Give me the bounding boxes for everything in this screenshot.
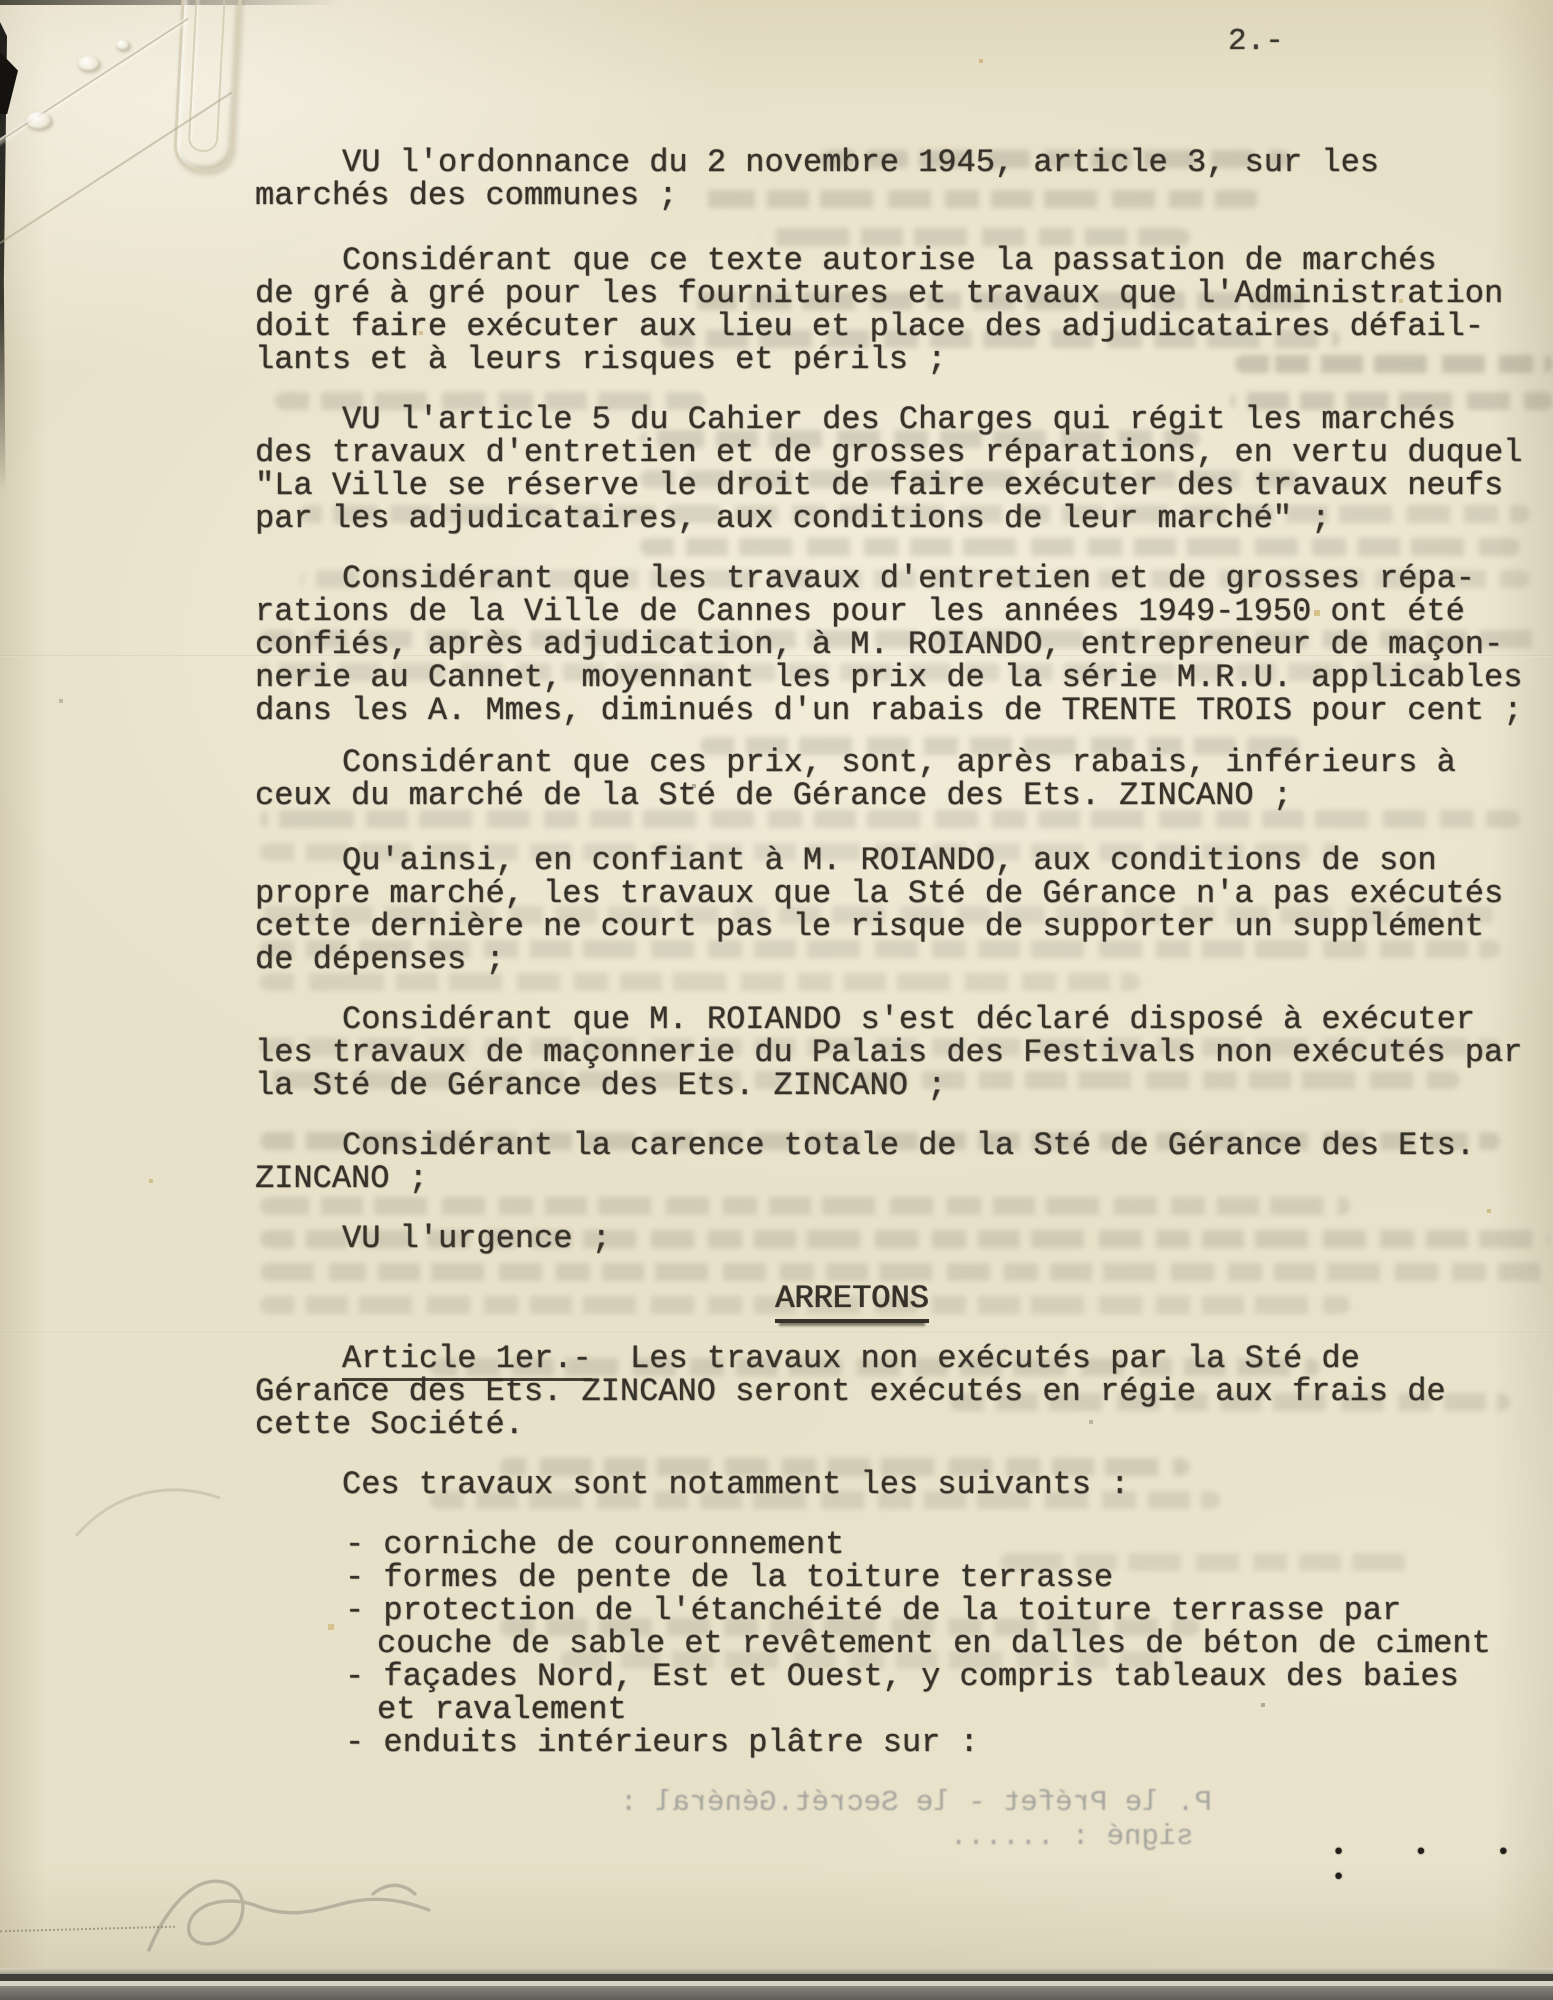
typed-document-body: VU l'ordonnance du 2 novembre 1945, arti… — [255, 146, 1541, 1786]
list-item: - corniche de couronnement — [255, 1528, 1541, 1561]
text-line: de gré à gré pour les fournitures et tra… — [255, 277, 1541, 310]
page-number: 2.- — [1228, 24, 1284, 59]
text-line: doit faire exécuter aux lieu et place de… — [255, 310, 1541, 343]
text-line: Ces travaux sont notamment les suivants … — [255, 1468, 1541, 1501]
bleedthrough-mirrored-text: P. le Préfet - le Secrét.Général : — [620, 1786, 1212, 1819]
list-item-continuation: couche de sable et revêtement en dalles … — [255, 1627, 1541, 1660]
text-line: VU l'ordonnance du 2 novembre 1945, arti… — [255, 146, 1541, 179]
text-line: rations de la Ville de Cannes pour les a… — [255, 595, 1541, 628]
glue-droplet — [78, 56, 100, 71]
torn-corner-notch — [0, 52, 18, 114]
text-line: nerie au Cannet, moyennant les prix de l… — [255, 661, 1541, 694]
list-item: - enduits intérieurs plâtre sur : — [255, 1726, 1541, 1759]
paragraph-considerant-travaux: Considérant que les travaux d'entretien … — [255, 562, 1541, 727]
text-line: propre marché, les travaux que la Sté de… — [255, 877, 1541, 910]
paragraph-works-intro: Ces travaux sont notamment les suivants … — [255, 1468, 1541, 1501]
decree-heading: ARRETONS — [255, 1282, 1541, 1315]
paragraph-vu-urgence: VU l'urgence ; — [255, 1222, 1541, 1255]
bleedthrough-mirrored-text: signé : ...... — [950, 1820, 1194, 1853]
text-line: Considérant que ce texte autorise la pas… — [255, 244, 1541, 277]
paragraph-vu-article5: VU l'article 5 du Cahier des Charges qui… — [255, 403, 1541, 535]
text-line: cette dernière ne court pas le risque de… — [255, 910, 1541, 943]
text-line: lants et à leurs risques et périls ; — [255, 343, 1541, 376]
paragraph-quainsi: Qu'ainsi, en confiant à M. ROIANDO, aux … — [255, 844, 1541, 976]
paragraph-considerant-roiando: Considérant que M. ROIANDO s'est déclaré… — [255, 1003, 1541, 1102]
heading-text: ARRETONS — [775, 1280, 929, 1323]
text-line: par les adjudicataires, aux conditions d… — [255, 502, 1541, 535]
text-line: Qu'ainsi, en confiant à M. ROIANDO, aux … — [255, 844, 1541, 877]
text-line: les travaux de maçonnerie du Palais des … — [255, 1036, 1541, 1069]
pencil-signature — [135, 1852, 465, 1982]
text-line: Considérant que ces prix, sont, après ra… — [255, 746, 1541, 779]
list-item: - façades Nord, Est et Ouest, y compris … — [255, 1660, 1541, 1693]
text-line: confiés, après adjudication, à M. ROIAND… — [255, 628, 1541, 661]
text-line: VU l'article 5 du Cahier des Charges qui… — [255, 403, 1541, 436]
text-line: "La Ville se réserve le droit de faire e… — [255, 469, 1541, 502]
text-line: VU l'urgence ; — [255, 1222, 1541, 1255]
text-line: Considérant que M. ROIANDO s'est déclaré… — [255, 1003, 1541, 1036]
list-item: - protection de l'étanchéité de la toitu… — [255, 1594, 1541, 1627]
list-item-continuation: et ravalement — [255, 1693, 1541, 1726]
text-line: la Sté de Gérance des Ets. ZINCANO ; — [255, 1069, 1541, 1102]
text-line: ceux du marché de la Sté de Gérance des … — [255, 779, 1541, 812]
paragraph-considerant-prix: Considérant que ces prix, sont, après ra… — [255, 746, 1541, 812]
text-line: marchés des communes ; — [255, 179, 1541, 212]
list-item: - formes de pente de la toiture terrasse — [255, 1561, 1541, 1594]
scanned-document-page: 2.- VU l'ordonnance du 2 novembre 1945, … — [0, 0, 1553, 2000]
text-line: Gérance des Ets. ZINCANO seront exécutés… — [255, 1375, 1541, 1408]
paper-specks — [0, 0, 2, 2]
paragraph-vu-ordonnance: VU l'ordonnance du 2 novembre 1945, arti… — [255, 146, 1541, 212]
glue-droplet — [116, 40, 130, 50]
scan-bottom-edge — [0, 1974, 1553, 1981]
paragraph-article-1: Article 1er.- Les travaux non exécutés p… — [255, 1342, 1541, 1441]
scan-bottom-edge — [0, 1986, 1553, 2000]
article-text: Les travaux non exécutés par la Sté de — [592, 1340, 1360, 1377]
paragraph-considerant-carence: Considérant la carence totale de la Sté … — [255, 1129, 1541, 1195]
scan-top-edge — [0, 0, 340, 5]
text-line: Considérant la carence totale de la Sté … — [255, 1129, 1541, 1162]
pencil-mark — [70, 1470, 240, 1550]
works-list: - corniche de couronnement - formes de p… — [255, 1528, 1541, 1759]
text-line: dans les A. Mmes, diminués d'un rabais d… — [255, 694, 1541, 727]
text-line: Considérant que les travaux d'entretien … — [255, 562, 1541, 595]
text-line: des travaux d'entretien et de grosses ré… — [255, 436, 1541, 469]
text-line: Article 1er.- Les travaux non exécutés p… — [255, 1342, 1541, 1375]
trailing-dots: • • • • — [1332, 1840, 1553, 1890]
text-line: ZINCANO ; — [255, 1162, 1541, 1195]
paragraph-considerant-texte: Considérant que ce texte autorise la pas… — [255, 244, 1541, 376]
glue-droplet — [26, 112, 52, 129]
text-line: cette Société. — [255, 1408, 1541, 1441]
text-line: de dépenses ; — [255, 943, 1541, 976]
